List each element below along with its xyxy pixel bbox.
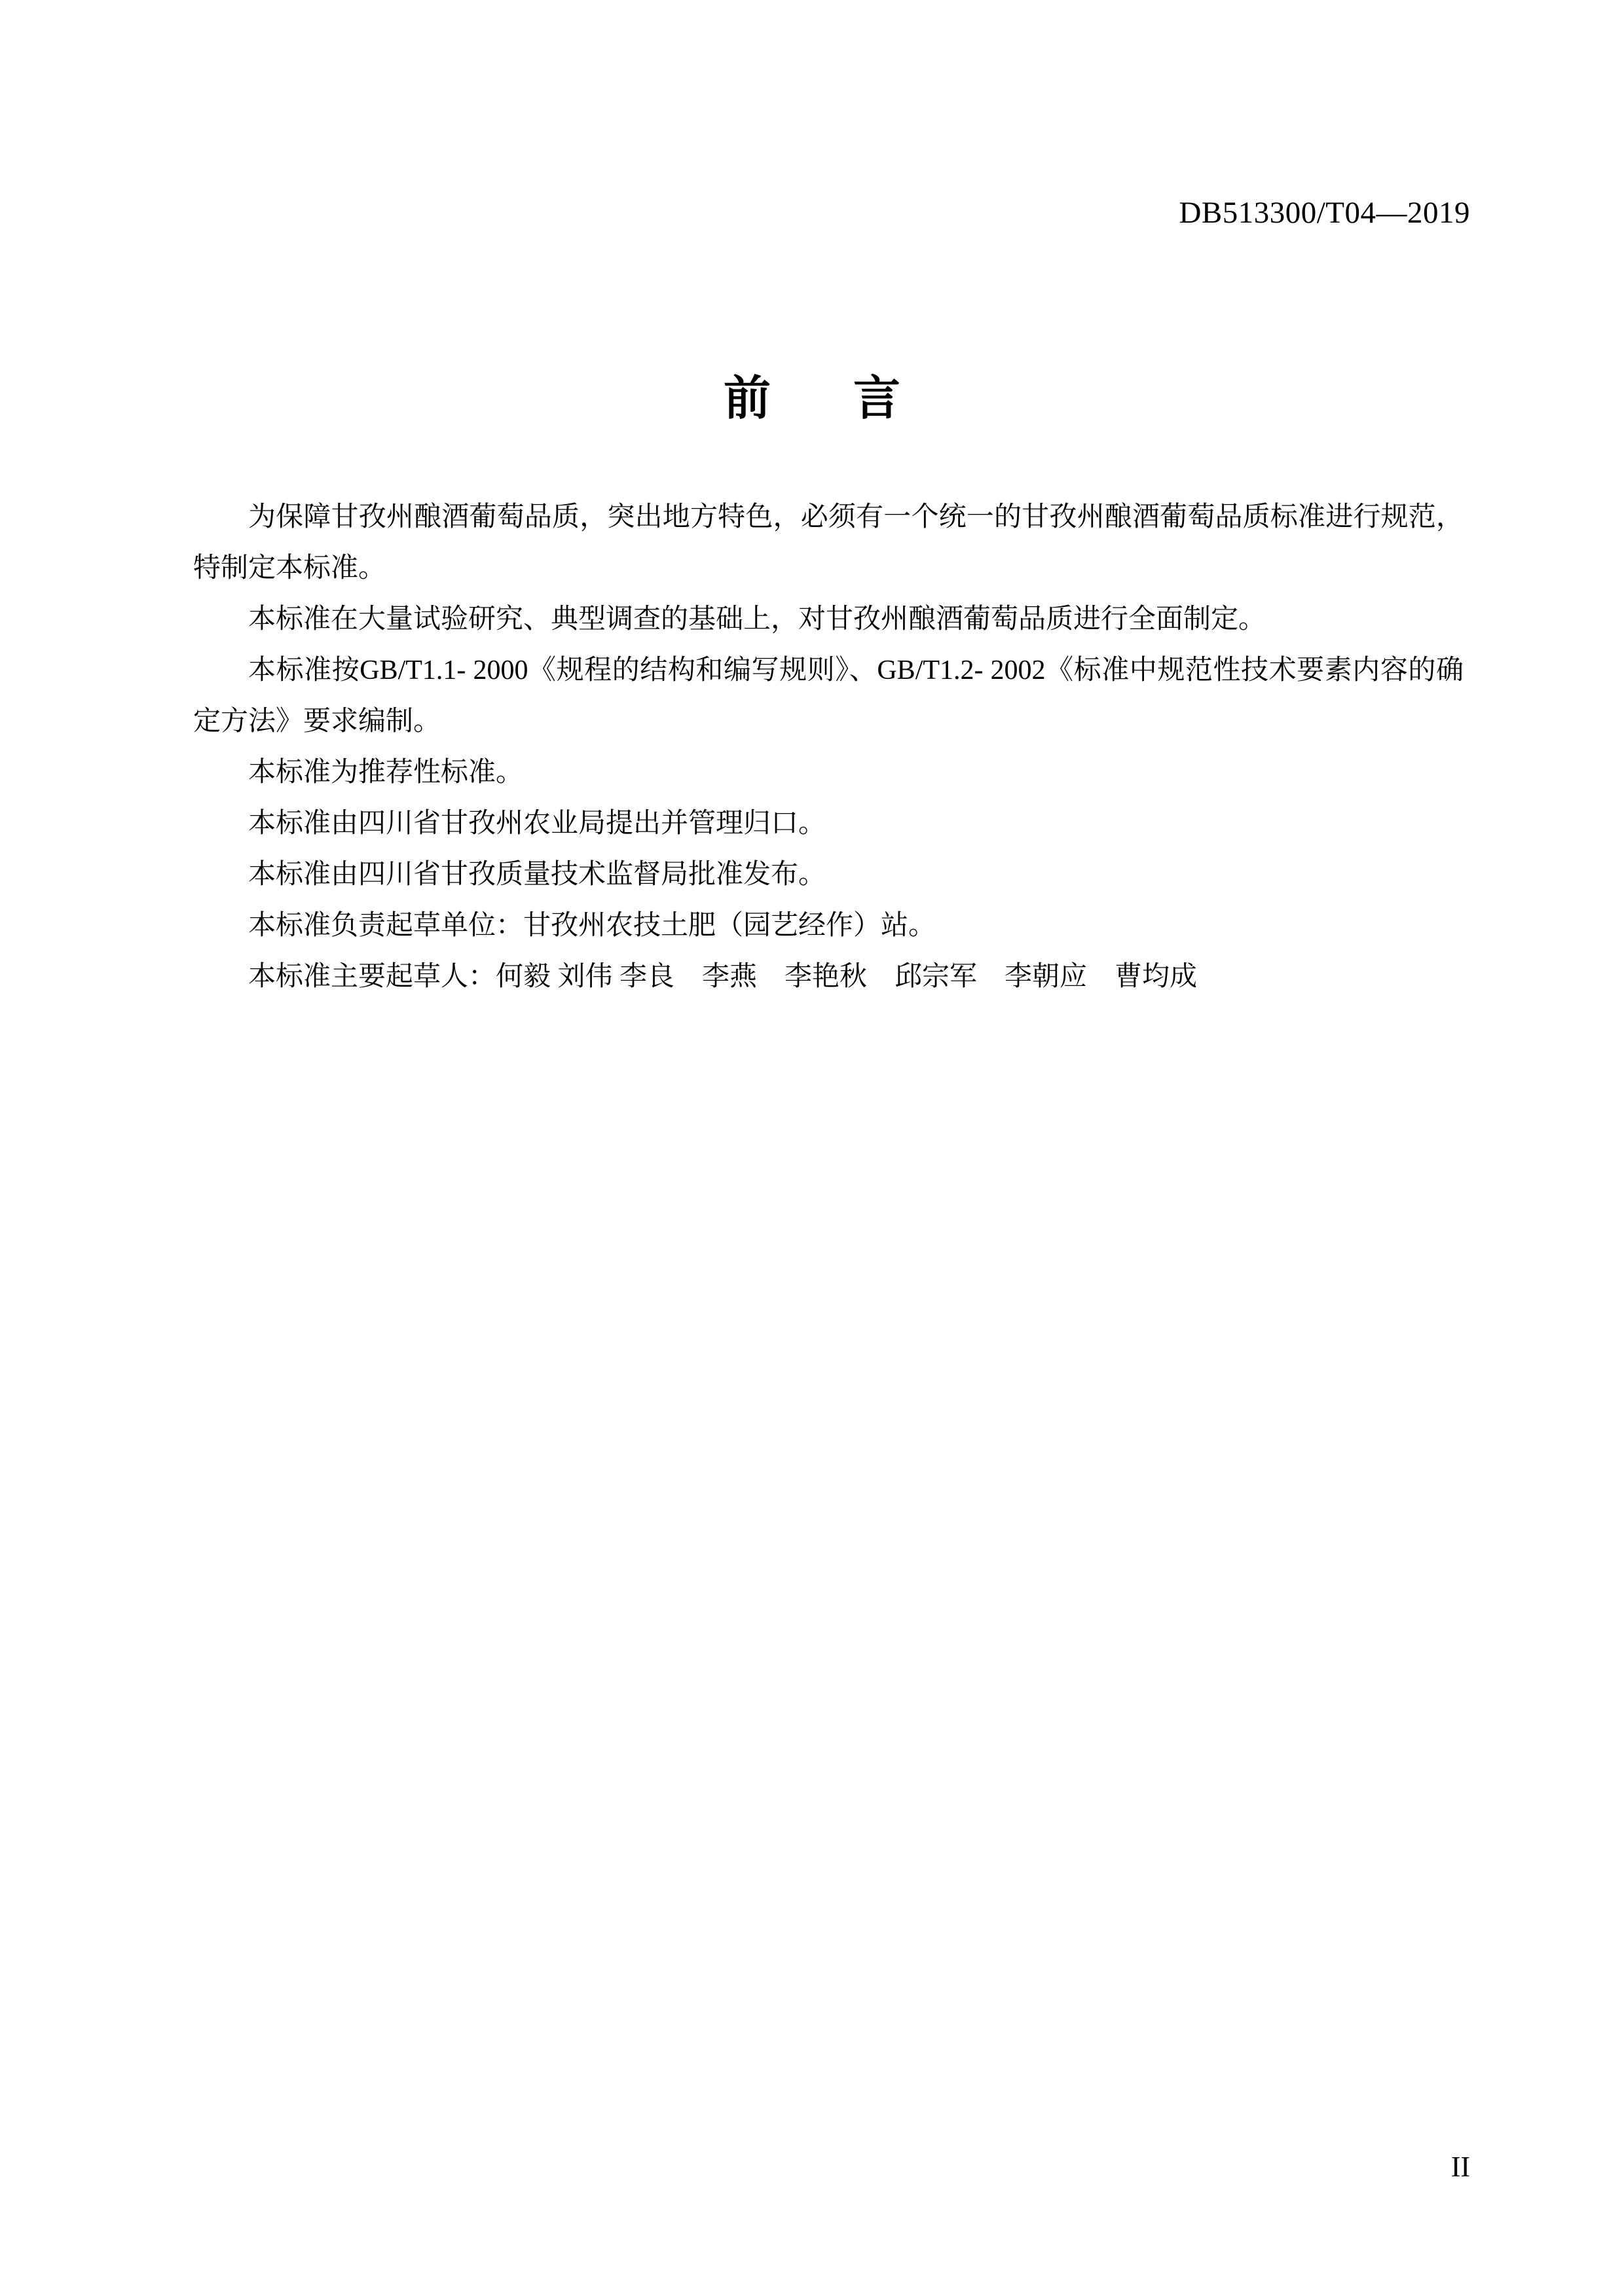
foreword-body: 为保障甘孜州酿酒葡萄品质，突出地方特色，必须有一个统一的甘孜州酿酒葡萄品质标准进…: [193, 492, 1464, 1002]
page-title: 前言: [0, 373, 1624, 425]
page-number: II: [1451, 2151, 1470, 2183]
foreword-paragraph: 本标准主要起草人：何毅 刘伟 李良 李燕 李艳秋 邱宗军 李朝应 曹均成: [193, 951, 1464, 1002]
foreword-paragraph: 本标准负责起草单位：甘孜州农技土肥（园艺经作）站。: [193, 900, 1464, 951]
foreword-paragraph: 为保障甘孜州酿酒葡萄品质，突出地方特色，必须有一个统一的甘孜州酿酒葡萄品质标准进…: [193, 492, 1464, 594]
standard-code: DB513300/T04—2019: [1179, 196, 1470, 230]
foreword-paragraph: 本标准在大量试验研究、典型调查的基础上，对甘孜州酿酒葡萄品质进行全面制定。: [193, 594, 1464, 645]
document-page: DB513300/T04—2019 前言 为保障甘孜州酿酒葡萄品质，突出地方特色…: [0, 0, 1624, 2296]
foreword-paragraph: 本标准由四川省甘孜州农业局提出并管理归口。: [193, 798, 1464, 849]
foreword-paragraph: 本标准按GB/T1.1- 2000《规程的结构和编写规则》、GB/T1.2- 2…: [193, 645, 1464, 747]
foreword-paragraph: 本标准为推荐性标准。: [193, 747, 1464, 798]
foreword-paragraph: 本标准由四川省甘孜质量技术监督局批准发布。: [193, 849, 1464, 900]
